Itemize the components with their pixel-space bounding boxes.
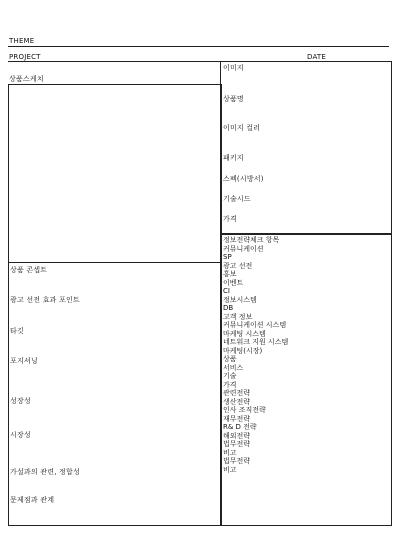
- checklist: 정보전략체크 항목 커뮤니케이션 SP 광고 선전 홍보 이벤트 CI 정보시스…: [223, 236, 288, 474]
- checklist-item: 가격: [223, 381, 288, 390]
- checklist-area: 정보전략체크 항목 커뮤니케이션 SP 광고 선전 홍보 이벤트 CI 정보시스…: [220, 233, 392, 526]
- sketch-area[interactable]: [8, 84, 222, 263]
- checklist-item: 기술: [223, 372, 288, 381]
- field-problem-relation: 문제점과 관계: [10, 496, 54, 505]
- field-price: 가격: [223, 215, 237, 224]
- checklist-item: 비고: [223, 466, 288, 475]
- theme-label: THEME: [9, 37, 34, 46]
- checklist-item: R& D 전략: [223, 423, 288, 432]
- checklist-item: 서비스: [223, 364, 288, 373]
- field-growth: 성장성: [10, 397, 31, 406]
- checklist-item: 홍보: [223, 270, 288, 279]
- field-spec: 스펙(시방서): [223, 175, 264, 184]
- field-target: 타깃: [10, 327, 24, 336]
- sketch-label: 상품스케치: [9, 75, 44, 84]
- checklist-item: DB: [223, 304, 288, 313]
- field-marketability: 시장성: [10, 431, 31, 440]
- checklist-item: 비고: [223, 449, 288, 458]
- product-info-area: [220, 61, 392, 235]
- field-hypothesis-fit: 가설과의 관련, 정합성: [10, 468, 80, 477]
- checklist-item: 이벤트: [223, 279, 288, 288]
- checklist-item: 해외전략: [223, 432, 288, 441]
- checklist-item: 정보전략체크 항목: [223, 236, 288, 245]
- checklist-item: 마케팅 시스템: [223, 330, 288, 339]
- field-ad-point: 광고 선전 효과 포인트: [10, 296, 80, 305]
- checklist-item: 법무전략: [223, 457, 288, 466]
- field-product-concept: 상품 콘셉트: [10, 266, 47, 275]
- checklist-item: 인사 조직전략: [223, 406, 288, 415]
- checklist-item: 네트워크 지원 시스템: [223, 338, 288, 347]
- checklist-item: CI: [223, 287, 288, 296]
- checklist-item: 커뮤니케이션: [223, 245, 288, 254]
- field-package: 패키지: [223, 154, 244, 163]
- field-tech-seed: 기술시드: [223, 195, 251, 204]
- checklist-item: 법무전략: [223, 440, 288, 449]
- checklist-item: 상품: [223, 355, 288, 364]
- checklist-item: 고객 정보: [223, 313, 288, 322]
- field-product-name: 상품명: [223, 95, 244, 104]
- checklist-item: 생산전략: [223, 398, 288, 407]
- checklist-item: 재무전략: [223, 415, 288, 424]
- field-positioning: 포지셔닝: [10, 357, 38, 366]
- theme-underline: [8, 46, 389, 47]
- checklist-item: 관련전략: [223, 389, 288, 398]
- checklist-item: 광고 선전: [223, 262, 288, 271]
- field-image: 이미지: [223, 64, 244, 73]
- checklist-item: 정보시스템: [223, 296, 288, 305]
- field-image-color: 이미지 컬러: [223, 124, 260, 133]
- checklist-item: 커뮤니케이션 시스템: [223, 321, 288, 330]
- checklist-item: SP: [223, 253, 288, 262]
- checklist-item: 마케팅(시장): [223, 347, 288, 356]
